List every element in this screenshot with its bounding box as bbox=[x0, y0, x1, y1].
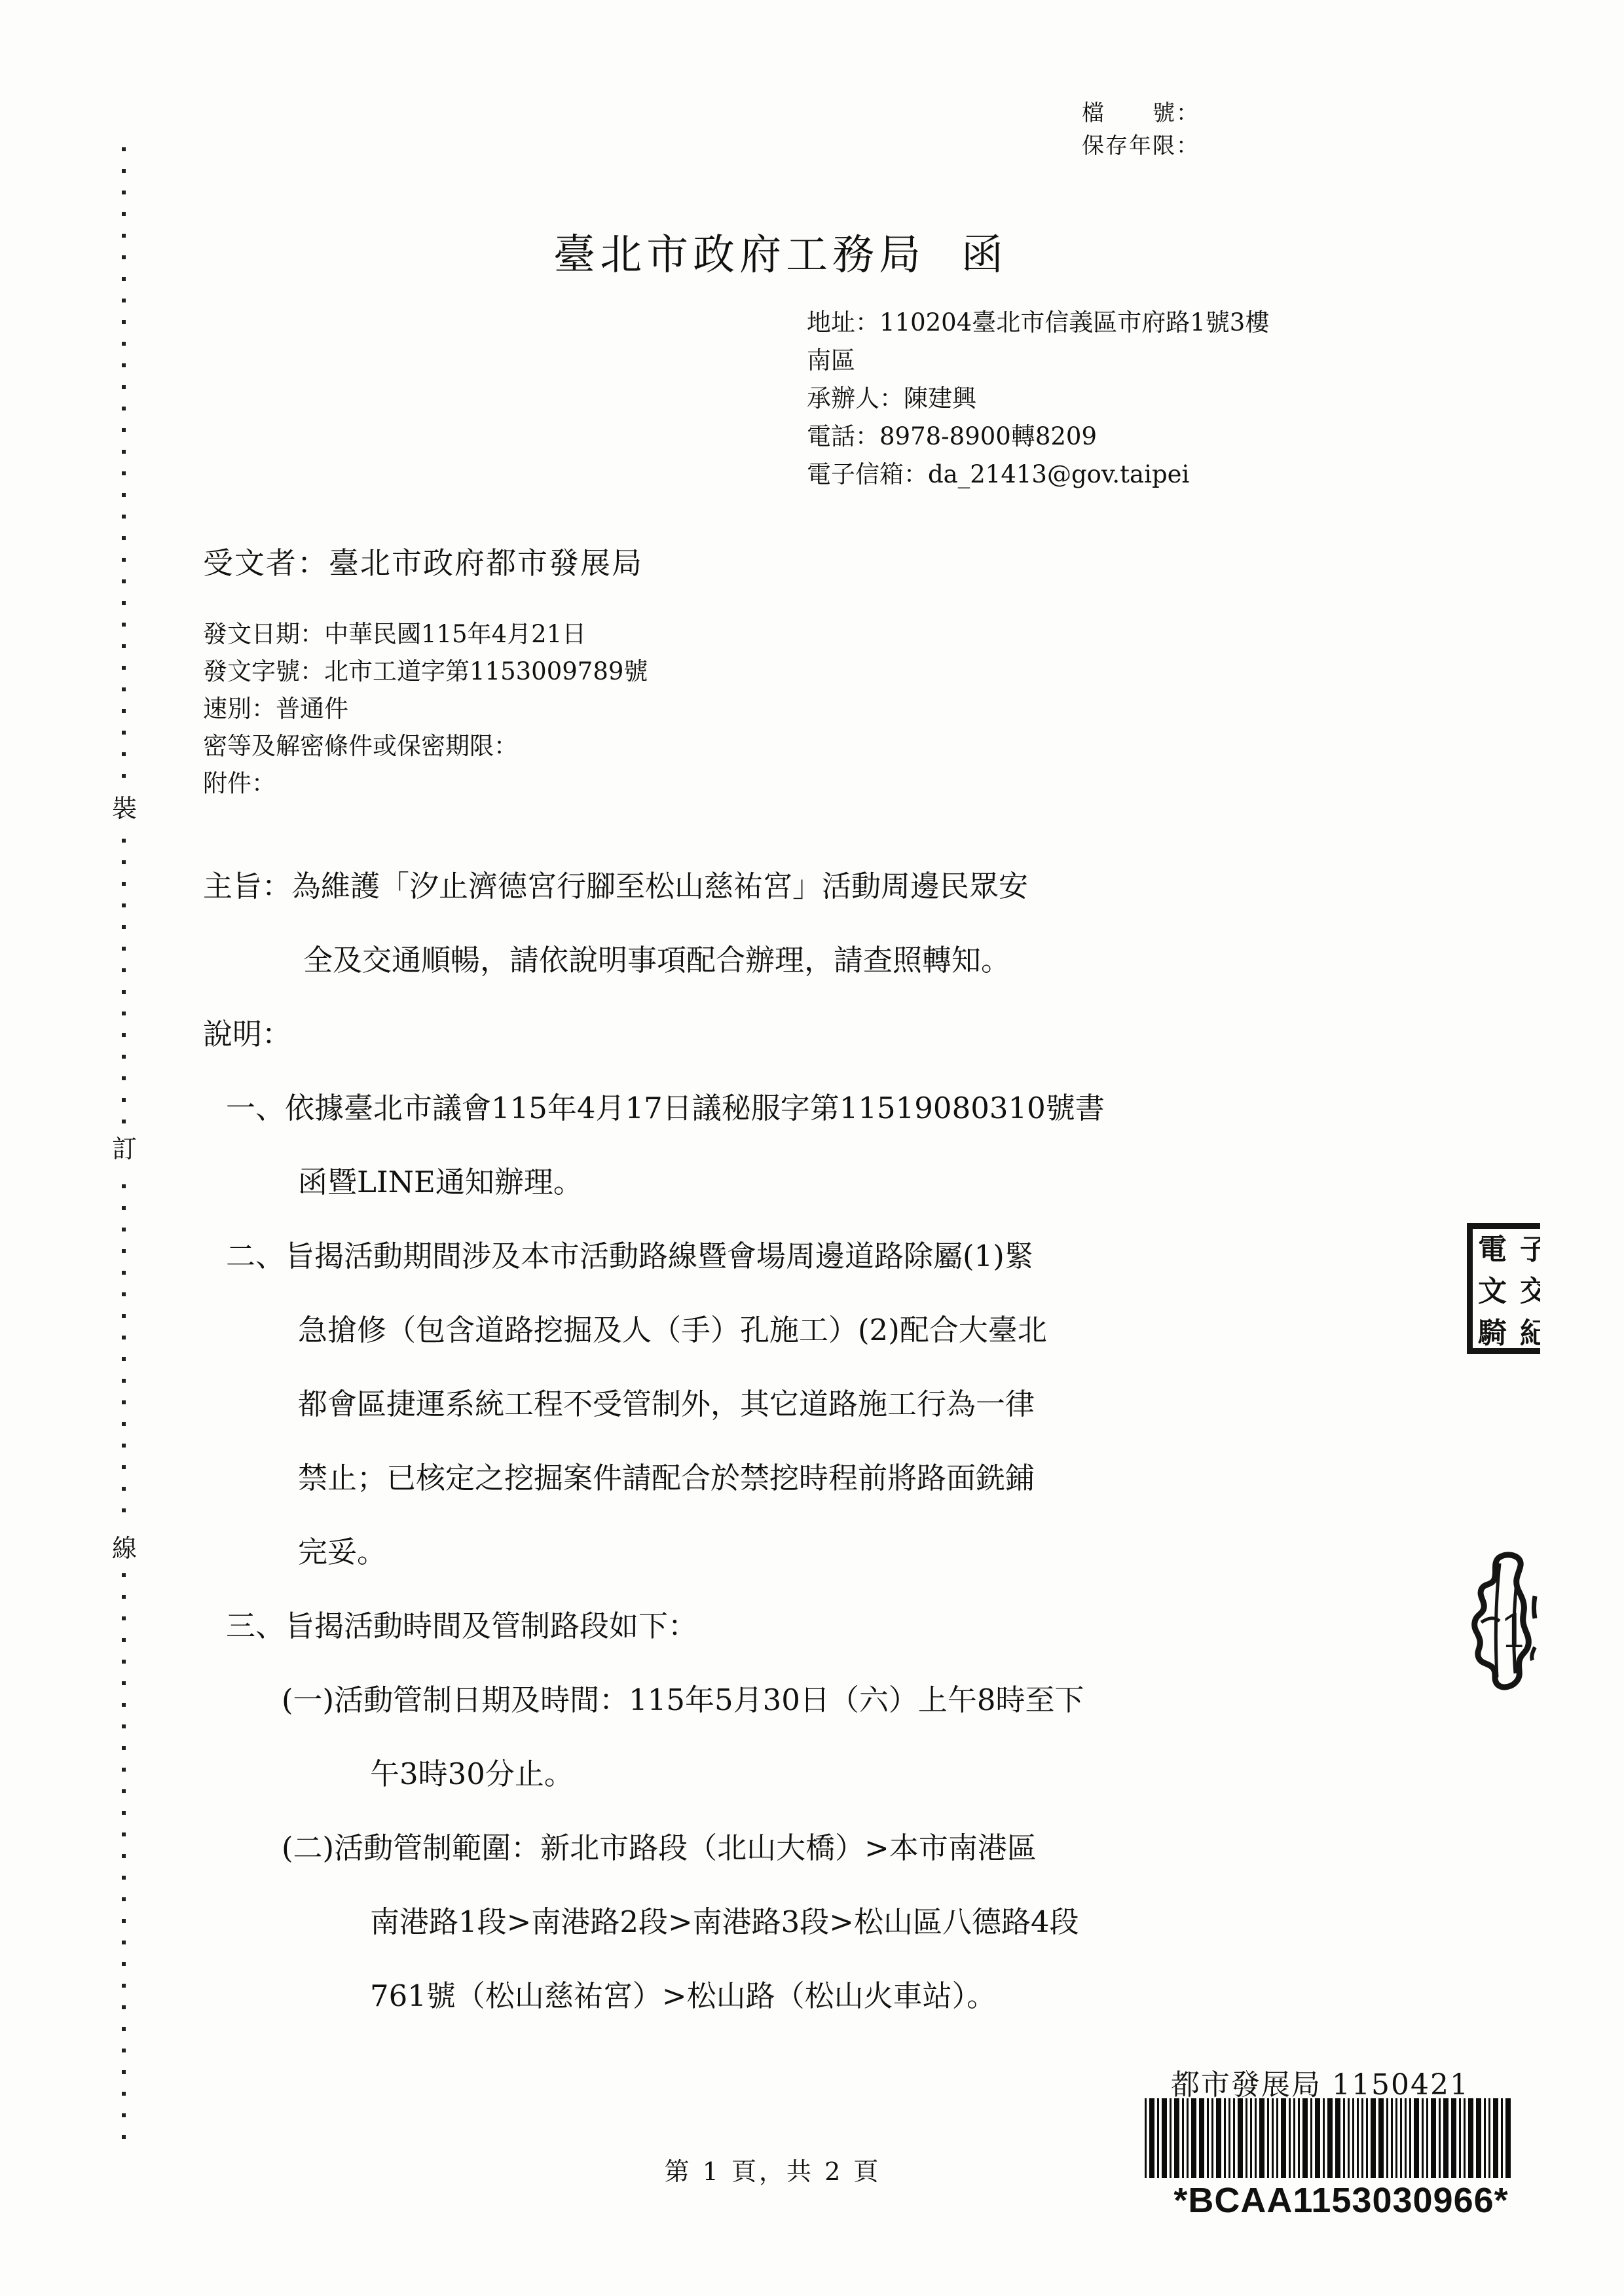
binding-mark: 訂 bbox=[110, 1125, 139, 1169]
document-page: 檔 號：保存年限： 臺北市政府工務局 函 地址：110204臺北市信義區市府路1… bbox=[0, 0, 1624, 2296]
sender-info-line: 電子信箱：da_21413@gov.taipei bbox=[807, 456, 1269, 494]
sender-info-block: 地址：110204臺北市信義區市府路1號3樓南區承辦人：陳建興電話：8978-8… bbox=[807, 304, 1269, 494]
barcode-bar bbox=[1149, 2098, 1154, 2178]
sender-info-line: 承辦人：陳建興 bbox=[807, 380, 1269, 418]
file-number-block: 檔 號：保存年限： bbox=[1082, 97, 1200, 162]
body-line: (二)活動管制範圍：新北市路段（北山大橋）>本市南港區 bbox=[203, 1811, 1316, 1885]
barcode-bar bbox=[1238, 2098, 1243, 2178]
barcode bbox=[1145, 2098, 1538, 2178]
receiving-dept-stamp: 都市發展局 1150421 bbox=[1171, 2061, 1469, 2103]
body-line: 急搶修（包含道路挖掘及人（手）孔施工）(2)配合大臺北 bbox=[203, 1293, 1316, 1367]
barcode-bar bbox=[1216, 2098, 1221, 2178]
body-line: 761號（松山慈祐宮）>松山路（松山火車站）。 bbox=[203, 1959, 1316, 2033]
barcode-bar bbox=[1451, 2098, 1456, 2178]
barcode-bar bbox=[1191, 2098, 1196, 2178]
recipient-line: 受文者：臺北市政府都市發展局 bbox=[203, 539, 643, 583]
barcode-bar bbox=[1327, 2098, 1333, 2178]
sender-info-line: 電話：8978-8900轉8209 bbox=[807, 418, 1269, 456]
barcode-text: *BCAA1153030966* bbox=[1145, 2180, 1538, 2221]
meta-line: 速別：普通件 bbox=[203, 690, 648, 727]
barcode-bar bbox=[1505, 2098, 1511, 2178]
body-line: 說明： bbox=[203, 997, 1316, 1071]
barcode-bar bbox=[1468, 2098, 1473, 2178]
barcode-bar bbox=[1414, 2098, 1419, 2178]
seam-stamp-column: 子交紀 bbox=[1520, 1233, 1540, 1351]
barcode-bar bbox=[1281, 2098, 1286, 2178]
retention-label: 保存年限： bbox=[1082, 133, 1200, 159]
barcode-bar bbox=[1371, 2098, 1376, 2178]
seam-stamp-column: 電文騎 bbox=[1478, 1233, 1507, 1351]
seal-digit: 1 bbox=[1500, 1605, 1529, 1658]
barcode-bar bbox=[1476, 2098, 1481, 2178]
body-line: 午3時30分止。 bbox=[203, 1737, 1316, 1811]
body-line: 二、旨揭活動期間涉及本市活動路線暨會場周邊道路除屬(1)緊 bbox=[203, 1219, 1316, 1293]
document-body: 主旨：為維護「汐止濟德宮行腳至松山慈祐宮」活動周邊民眾安全及交通順暢，請依說明事… bbox=[203, 849, 1316, 2033]
body-line: 全及交通順暢，請依說明事項配合辦理，請查照轉知。 bbox=[203, 923, 1316, 997]
document-meta-block: 發文日期：中華民國115年4月21日發文字號：北市工道字第1153009789號… bbox=[203, 615, 648, 802]
seam-stamp-char: 電 bbox=[1478, 1233, 1507, 1267]
body-line: 主旨：為維護「汐止濟德宮行腳至松山慈祐宮」活動周邊民眾安 bbox=[203, 849, 1316, 923]
body-line: 完妥。 bbox=[203, 1515, 1316, 1589]
barcode-bar bbox=[1199, 2098, 1204, 2178]
body-line: (一)活動管制日期及時間：115年5月30日（六）上午8時至下 bbox=[203, 1663, 1316, 1737]
seam-stamp-char: 子 bbox=[1520, 1233, 1540, 1267]
barcode-bar bbox=[1493, 2098, 1498, 2178]
barcode-bar bbox=[1431, 2098, 1436, 2178]
binding-mark: 線 bbox=[110, 1524, 139, 1568]
meta-line: 密等及解密條件或保密期限： bbox=[203, 727, 648, 765]
seam-stamp-char: 文 bbox=[1478, 1275, 1507, 1309]
body-line: 函暨LINE通知辦理。 bbox=[203, 1145, 1316, 1219]
barcode-bar bbox=[1443, 2098, 1449, 2178]
barcode-bar bbox=[1259, 2098, 1264, 2178]
partial-seal-mark: 1 bbox=[1471, 1549, 1543, 1713]
body-line: 三、旨揭活動時間及管制路段如下： bbox=[203, 1589, 1316, 1663]
barcode-bar bbox=[1315, 2098, 1320, 2178]
page-number: 第 1 頁，共 2 頁 bbox=[622, 2151, 923, 2187]
body-line: 南港路1段>南港路2段>南港路3段>松山區八德路4段 bbox=[203, 1885, 1316, 1959]
document-title: 臺北市政府工務局 函 bbox=[0, 221, 1593, 282]
barcode-bar bbox=[1335, 2098, 1340, 2178]
body-line: 都會區捷運系統工程不受管制外，其它道路施工行為一律 bbox=[203, 1367, 1316, 1441]
seam-stamp-char: 紀 bbox=[1520, 1317, 1540, 1351]
meta-line: 附件： bbox=[203, 765, 648, 802]
meta-line: 發文日期：中華民國115年4月21日 bbox=[203, 615, 648, 653]
binding-mark: 裝 bbox=[110, 784, 139, 828]
meta-line: 發文字號：北市工道字第1153009789號 bbox=[203, 653, 648, 690]
sender-info-line: 南區 bbox=[807, 342, 1269, 380]
barcode-bar bbox=[1162, 2098, 1167, 2178]
seam-stamp-char: 交 bbox=[1520, 1275, 1540, 1309]
electronic-seam-stamp: 電文騎子交紀 bbox=[1467, 1223, 1540, 1354]
sender-info-line: 地址：110204臺北市信義區市府路1號3樓 bbox=[807, 304, 1269, 342]
body-line: 禁止；已核定之挖掘案件請配合於禁挖時程前將路面銑鋪 bbox=[203, 1441, 1316, 1515]
barcode-bar bbox=[1174, 2098, 1179, 2178]
barcode-bar bbox=[1302, 2098, 1308, 2178]
body-line: 一、依據臺北市議會115年4月17日議秘服字第11519080310號書 bbox=[203, 1071, 1316, 1145]
file-no-label: 檔 號： bbox=[1082, 100, 1200, 126]
barcode-bar bbox=[1378, 2098, 1384, 2178]
seam-stamp-char: 騎 bbox=[1478, 1317, 1507, 1351]
